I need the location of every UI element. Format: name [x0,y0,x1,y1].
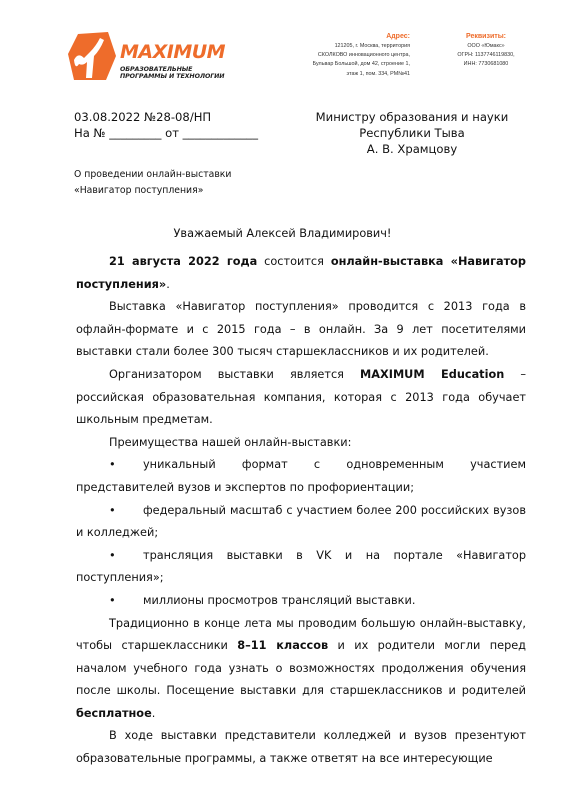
text: Организатором выставки является [109,368,360,381]
bold-free: бесплатное [76,707,152,720]
requisites-line: ООО «Юмакс» [440,42,532,51]
bullet-icon: • [109,454,143,477]
company-logo: MAXIMUM ОБРАЗОВАТЕЛЬНЫЕ ПРОГРАММЫ И ТЕХН… [66,30,266,82]
bullet-icon: • [109,545,143,568]
address-line: СКОЛКОВО инновационного центра, [282,51,410,60]
document-number: 03.08.2022 №28-08/НП [74,109,258,125]
paragraph: Преимущества нашей онлайн-выставки: [76,432,526,455]
paragraph: В ходе выставки представители колледжей … [76,725,526,770]
text: . [152,707,156,720]
address-line: Бульвар Большой, дом 42, строение 1, [282,60,410,69]
recipient-block: Министру образования и науки Республики … [312,109,512,157]
letter-subject: О проведении онлайн-выставки «Навигатор … [74,167,231,199]
paragraph: Традиционно в конце лета мы проводим бол… [76,613,526,726]
list-item: •миллионы просмотров трансляций выставки… [76,590,526,613]
address-heading: Адрес: [282,33,410,40]
address-line: этаж 1, пом. 334, РМ№41 [282,70,410,79]
paragraph: Организатором выставки является MAXIMUM … [76,364,526,432]
maximum-logo-icon [66,30,118,82]
list-item: •федеральный масштаб с участием более 20… [76,500,526,545]
recipient-line: А. В. Храмцову [312,141,512,157]
list-item-text: трансляция выставки в VK и на портале «Н… [76,549,526,585]
logo-subtitle: ПРОГРАММЫ И ТЕХНОЛОГИИ [120,73,224,80]
text: состоится [257,255,331,268]
company-requisites: Реквизиты: ООО «Юмакс» ОГРН: 11377461198… [440,33,532,70]
list-item-text: федеральный масштаб с участием более 200… [76,504,526,540]
bullet-icon: • [109,500,143,523]
list-item: •уникальный формат с одновременным участ… [76,454,526,499]
text: . [166,278,170,291]
requisites-line: ОГРН: 1137746119830, [440,51,532,60]
requisites-line: ИНН: 7730681080 [440,60,532,69]
bold-date: 21 августа 2022 года [109,255,257,268]
bold-company: MAXIMUM Education [360,368,504,381]
list-item-text: уникальный формат с одновременным участи… [76,458,526,494]
company-address: Адрес: 121205, г. Москва, территория СКО… [282,33,410,79]
logo-title: MAXIMUM [120,41,225,63]
recipient-line: Республики Тыва [312,125,512,141]
logo-subtitle: ОБРАЗОВАТЕЛЬНЫЕ [120,66,192,73]
address-line: 121205, г. Москва, территория [282,42,410,51]
greeting: Уважаемый Алексей Владимирович! [0,227,565,240]
recipient-line: Министру образования и науки [312,109,512,125]
subject-line: «Навигатор поступления» [74,183,231,199]
reference-number: На № _________ от _____________ [74,125,258,141]
list-item: •трансляция выставки в VK и на портале «… [76,545,526,590]
paragraph: Выставка «Навигатор поступления» проводи… [76,296,526,364]
list-item-text: миллионы просмотров трансляций выставки. [143,594,415,607]
requisites-heading: Реквизиты: [440,33,532,40]
outgoing-number: 03.08.2022 №28-08/НП На № _________ от _… [74,109,258,141]
bullet-icon: • [109,590,143,613]
bold-grades: 8–11 классов [237,639,328,652]
subject-line: О проведении онлайн-выставки [74,167,231,183]
letter-body: 21 августа 2022 года состоится онлайн-вы… [76,251,526,771]
paragraph: 21 августа 2022 года состоится онлайн-вы… [76,251,526,296]
